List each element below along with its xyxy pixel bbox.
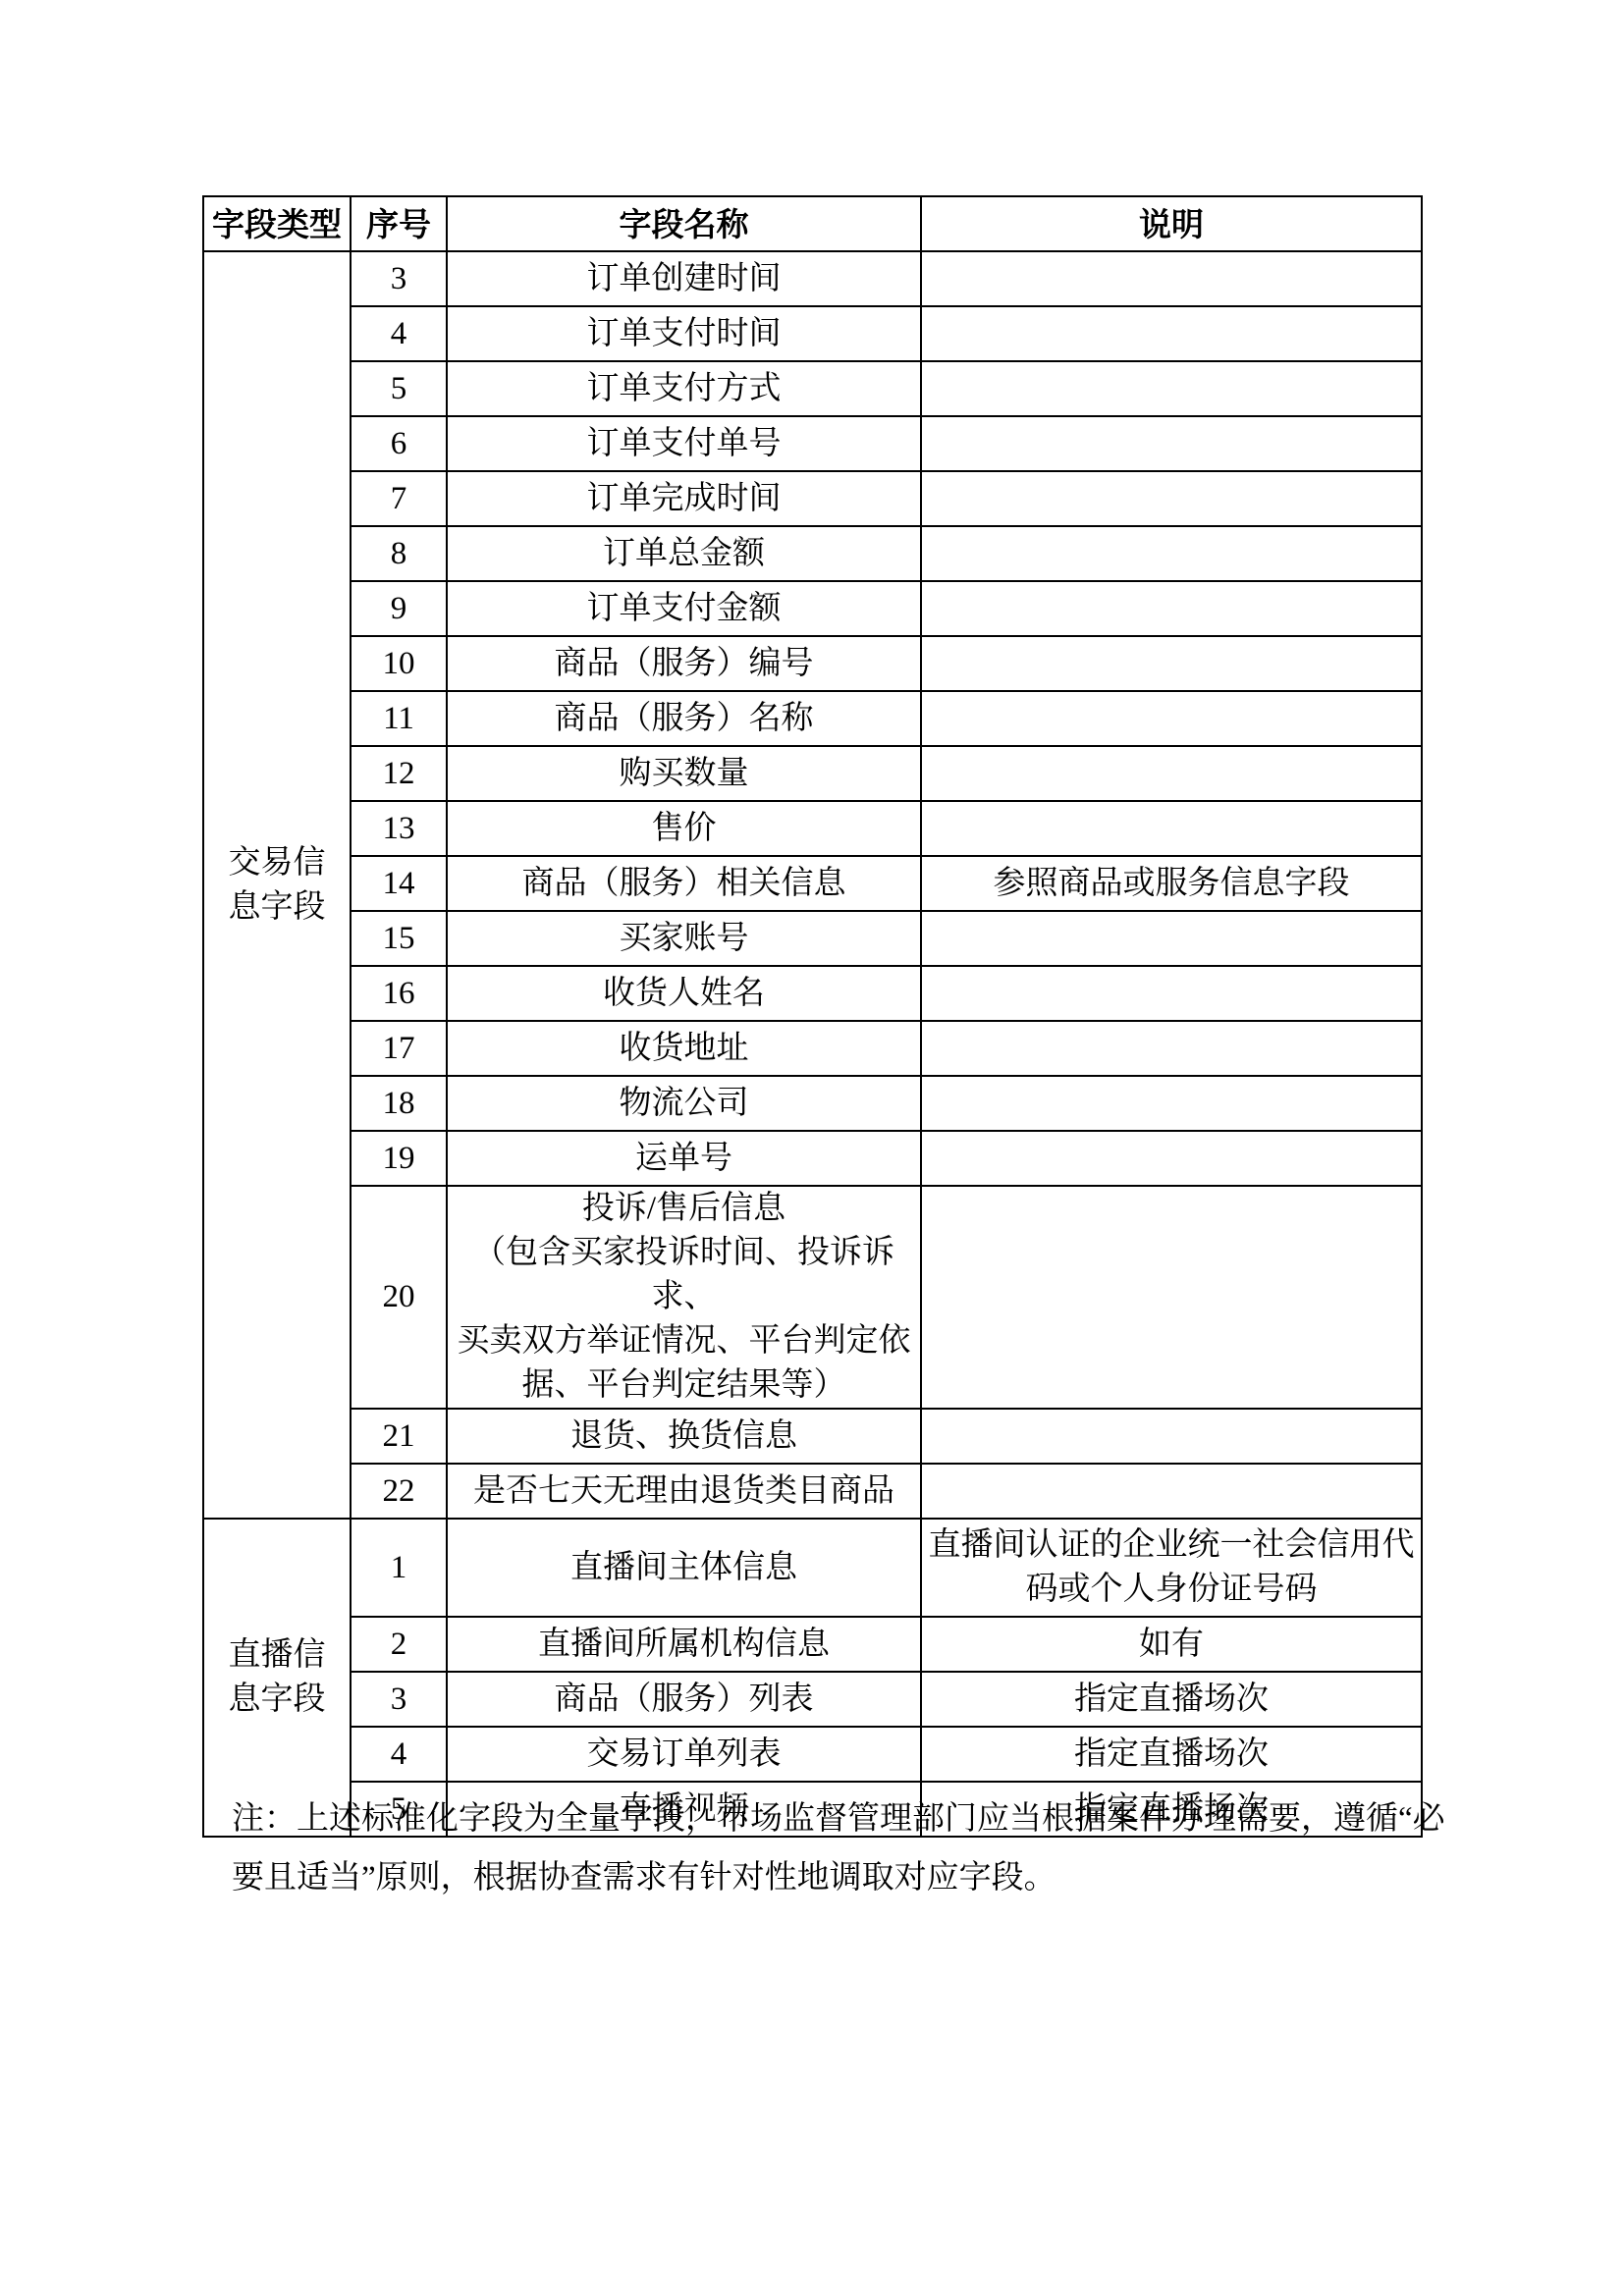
- description-cell: [921, 416, 1422, 471]
- table-row: 20 投诉/售后信息 （包含买家投诉时间、投诉诉求、 买卖双方举证情况、平台判定…: [203, 1186, 1422, 1409]
- field-name-cell: 直播间所属机构信息: [447, 1617, 921, 1672]
- serial-cell: 6: [351, 416, 447, 471]
- serial-cell: 22: [351, 1464, 447, 1519]
- serial-cell: 10: [351, 636, 447, 691]
- description-cell: [921, 1409, 1422, 1464]
- description-cell: 参照商品或服务信息字段: [921, 856, 1422, 911]
- table-row: 4 交易订单列表 指定直播场次: [203, 1727, 1422, 1782]
- footnote-line: 要且适当”原则，根据协查需求有针对性地调取对应字段。: [232, 1848, 1449, 1907]
- serial-cell: 21: [351, 1409, 447, 1464]
- field-name-cell: 物流公司: [447, 1076, 921, 1131]
- document-page: 字段类型 序号 字段名称 说明 交易信 息字段 3 订单创建时间 4 订单支付时…: [0, 0, 1624, 2296]
- description-cell: [921, 911, 1422, 966]
- description-cell: [921, 1076, 1422, 1131]
- serial-cell: 14: [351, 856, 447, 911]
- serial-cell: 11: [351, 691, 447, 746]
- field-name-cell: 商品（服务）编号: [447, 636, 921, 691]
- field-name-cell: 收货地址: [447, 1021, 921, 1076]
- serial-cell: 19: [351, 1131, 447, 1186]
- category-cell-transaction: 交易信 息字段: [203, 251, 351, 1519]
- description-cell: 指定直播场次: [921, 1672, 1422, 1727]
- field-name-cell: 商品（服务）列表: [447, 1672, 921, 1727]
- table-row: 4 订单支付时间: [203, 306, 1422, 361]
- serial-cell: 8: [351, 526, 447, 581]
- serial-cell: 17: [351, 1021, 447, 1076]
- description-cell: [921, 636, 1422, 691]
- table-row: 交易信 息字段 3 订单创建时间: [203, 251, 1422, 306]
- field-name-cell: 订单总金额: [447, 526, 921, 581]
- serial-cell: 15: [351, 911, 447, 966]
- serial-cell: 4: [351, 1727, 447, 1782]
- footnote-line: 注：上述标准化字段为全量字段，市场监督管理部门应当根据案件办理需要，遵循“必: [232, 1789, 1449, 1848]
- description-cell: 直播间认证的企业统一社会信用代 码或个人身份证号码: [921, 1519, 1422, 1617]
- table-row: 19 运单号: [203, 1131, 1422, 1186]
- table-row: 13 售价: [203, 801, 1422, 856]
- serial-cell: 3: [351, 1672, 447, 1727]
- serial-cell: 9: [351, 581, 447, 636]
- description-cell: [921, 306, 1422, 361]
- header-description: 说明: [921, 196, 1422, 251]
- field-name-cell: 购买数量: [447, 746, 921, 801]
- serial-cell: 18: [351, 1076, 447, 1131]
- serial-cell: 1: [351, 1519, 447, 1617]
- description-cell: [921, 361, 1422, 416]
- description-cell: 指定直播场次: [921, 1727, 1422, 1782]
- serial-cell: 12: [351, 746, 447, 801]
- header-field-name: 字段名称: [447, 196, 921, 251]
- description-cell: [921, 1464, 1422, 1519]
- description-cell: [921, 691, 1422, 746]
- table-row: 16 收货人姓名: [203, 966, 1422, 1021]
- table-row: 10 商品（服务）编号: [203, 636, 1422, 691]
- table-row: 9 订单支付金额: [203, 581, 1422, 636]
- field-name-cell: 订单支付时间: [447, 306, 921, 361]
- table-row: 2 直播间所属机构信息 如有: [203, 1617, 1422, 1672]
- table-row: 15 买家账号: [203, 911, 1422, 966]
- field-name-cell: 商品（服务）相关信息: [447, 856, 921, 911]
- table-row: 11 商品（服务）名称: [203, 691, 1422, 746]
- table-row: 14 商品（服务）相关信息 参照商品或服务信息字段: [203, 856, 1422, 911]
- header-serial-no: 序号: [351, 196, 447, 251]
- description-cell: [921, 1021, 1422, 1076]
- header-field-type: 字段类型: [203, 196, 351, 251]
- description-cell: [921, 526, 1422, 581]
- field-name-cell: 运单号: [447, 1131, 921, 1186]
- table-row: 18 物流公司: [203, 1076, 1422, 1131]
- description-cell: [921, 966, 1422, 1021]
- field-name-cell: 是否七天无理由退货类目商品: [447, 1464, 921, 1519]
- description-cell: [921, 251, 1422, 306]
- table-row: 直播信 息字段 1 直播间主体信息 直播间认证的企业统一社会信用代 码或个人身份…: [203, 1519, 1422, 1617]
- field-name-cell: 订单创建时间: [447, 251, 921, 306]
- footnote: 注：上述标准化字段为全量字段，市场监督管理部门应当根据案件办理需要，遵循“必 要…: [232, 1789, 1449, 1907]
- table-row: 3 商品（服务）列表 指定直播场次: [203, 1672, 1422, 1727]
- field-name-cell: 订单支付单号: [447, 416, 921, 471]
- serial-cell: 3: [351, 251, 447, 306]
- field-name-cell: 退货、换货信息: [447, 1409, 921, 1464]
- field-name-cell: 交易订单列表: [447, 1727, 921, 1782]
- table-row: 5 订单支付方式: [203, 361, 1422, 416]
- field-name-cell: 直播间主体信息: [447, 1519, 921, 1617]
- description-cell: [921, 801, 1422, 856]
- description-cell: [921, 471, 1422, 526]
- description-cell: [921, 1186, 1422, 1409]
- description-cell: [921, 1131, 1422, 1186]
- table-row: 7 订单完成时间: [203, 471, 1422, 526]
- table-row: 6 订单支付单号: [203, 416, 1422, 471]
- field-name-cell: 订单支付金额: [447, 581, 921, 636]
- field-name-cell: 商品（服务）名称: [447, 691, 921, 746]
- table-row: 17 收货地址: [203, 1021, 1422, 1076]
- table-row: 21 退货、换货信息: [203, 1409, 1422, 1464]
- serial-cell: 13: [351, 801, 447, 856]
- table-row: 22 是否七天无理由退货类目商品: [203, 1464, 1422, 1519]
- standardized-fields-table: 字段类型 序号 字段名称 说明 交易信 息字段 3 订单创建时间 4 订单支付时…: [202, 195, 1423, 1838]
- table-row: 12 购买数量: [203, 746, 1422, 801]
- table-row: 8 订单总金额: [203, 526, 1422, 581]
- description-cell: [921, 746, 1422, 801]
- serial-cell: 5: [351, 361, 447, 416]
- table-header-row: 字段类型 序号 字段名称 说明: [203, 196, 1422, 251]
- field-name-cell: 订单完成时间: [447, 471, 921, 526]
- field-name-cell: 买家账号: [447, 911, 921, 966]
- description-cell: 如有: [921, 1617, 1422, 1672]
- field-name-cell: 收货人姓名: [447, 966, 921, 1021]
- field-name-cell: 售价: [447, 801, 921, 856]
- field-name-cell: 投诉/售后信息 （包含买家投诉时间、投诉诉求、 买卖双方举证情况、平台判定依 据…: [447, 1186, 921, 1409]
- serial-cell: 20: [351, 1186, 447, 1409]
- serial-cell: 4: [351, 306, 447, 361]
- serial-cell: 2: [351, 1617, 447, 1672]
- field-name-cell: 订单支付方式: [447, 361, 921, 416]
- serial-cell: 7: [351, 471, 447, 526]
- description-cell: [921, 581, 1422, 636]
- serial-cell: 16: [351, 966, 447, 1021]
